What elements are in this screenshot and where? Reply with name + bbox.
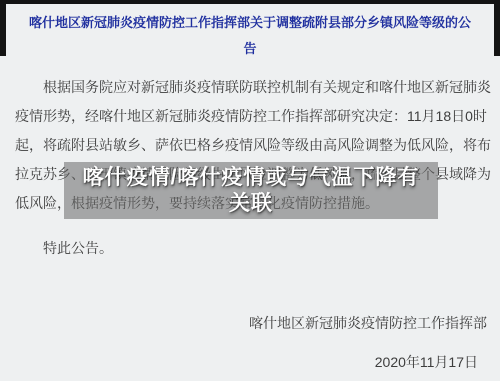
frame-left-border [0, 0, 6, 56]
headline-overlay-link[interactable]: 喀什疫情/喀什疫情或与气温下降有 关联 [64, 162, 438, 219]
headline-line-2: 关联 [229, 191, 273, 217]
notice-title-line-1: 喀什地区新冠肺炎疫情防控工作指挥部关于调整疏附县部分乡镇风险等级的公 [10, 10, 490, 36]
paragraph-line-1: 根据国务院应对新冠肺炎疫情联防联控机制有关规定和喀什地区新冠肺炎 [15, 73, 500, 102]
notice-title-line-2: 告 [10, 36, 490, 62]
frame-top-border [0, 0, 500, 4]
date-line: 2020年11月17日 [375, 348, 478, 377]
paragraph-line-3: 起，将疏附县站敏乡、萨依巴格乡疫情风险等级由高风险调整为低风险，将布 [15, 131, 500, 160]
signature-line: 喀什地区新冠肺炎疫情防控工作指挥部 [249, 309, 487, 338]
paragraph-line-2: 疫情形势，经喀什地区新冠肺炎疫情防控工作指挥部研究决定：11月18日0时 [15, 102, 500, 131]
notice-title: 喀什地区新冠肺炎疫情防控工作指挥部关于调整疏附县部分乡镇风险等级的公 告 [10, 10, 490, 62]
headline-line-1: 喀什疫情/喀什疫情或与气温下降有 [83, 165, 420, 191]
closing-line: 特此公告。 [15, 234, 113, 263]
frame-right-border [494, 0, 500, 56]
